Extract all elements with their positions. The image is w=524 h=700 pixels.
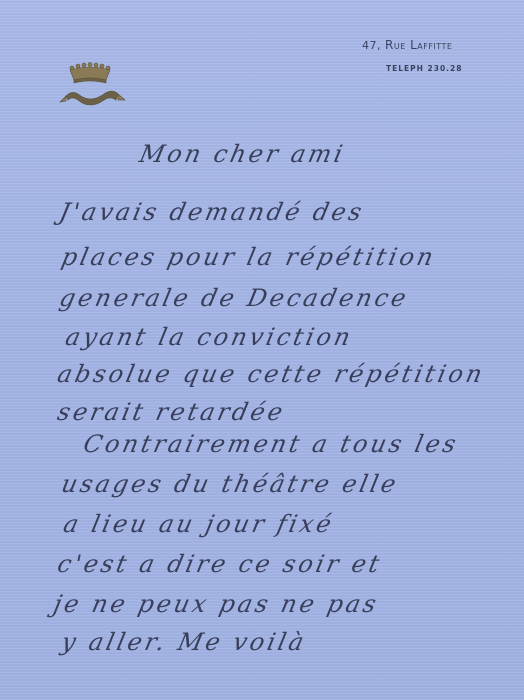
letter-line-2: places pour la répétition: [59, 243, 439, 271]
letter-line-8: usages du théâtre elle: [59, 470, 401, 498]
letter-line-4: ayant la conviction: [63, 323, 356, 351]
letter-line-5: absolue que cette répétition: [55, 360, 488, 388]
letter-body: Mon cher ami J'avais demandé des places …: [0, 0, 524, 700]
letter-line-3: generale de Decadence: [57, 284, 412, 312]
letter-line-7: Contrairement a tous les: [81, 430, 461, 458]
letter-line-9: a lieu au jour fixé: [61, 510, 337, 538]
letter-line-11: je ne peux pas ne pas: [51, 590, 382, 618]
letter-line-10: c'est a dire ce soir et: [55, 550, 385, 578]
salutation: Mon cher ami: [137, 140, 348, 168]
letter-line-1: J'avais demandé des: [57, 198, 367, 226]
letter-line-6: serait retardée: [55, 398, 288, 426]
letter-line-12: y aller. Me voilà: [59, 628, 309, 656]
